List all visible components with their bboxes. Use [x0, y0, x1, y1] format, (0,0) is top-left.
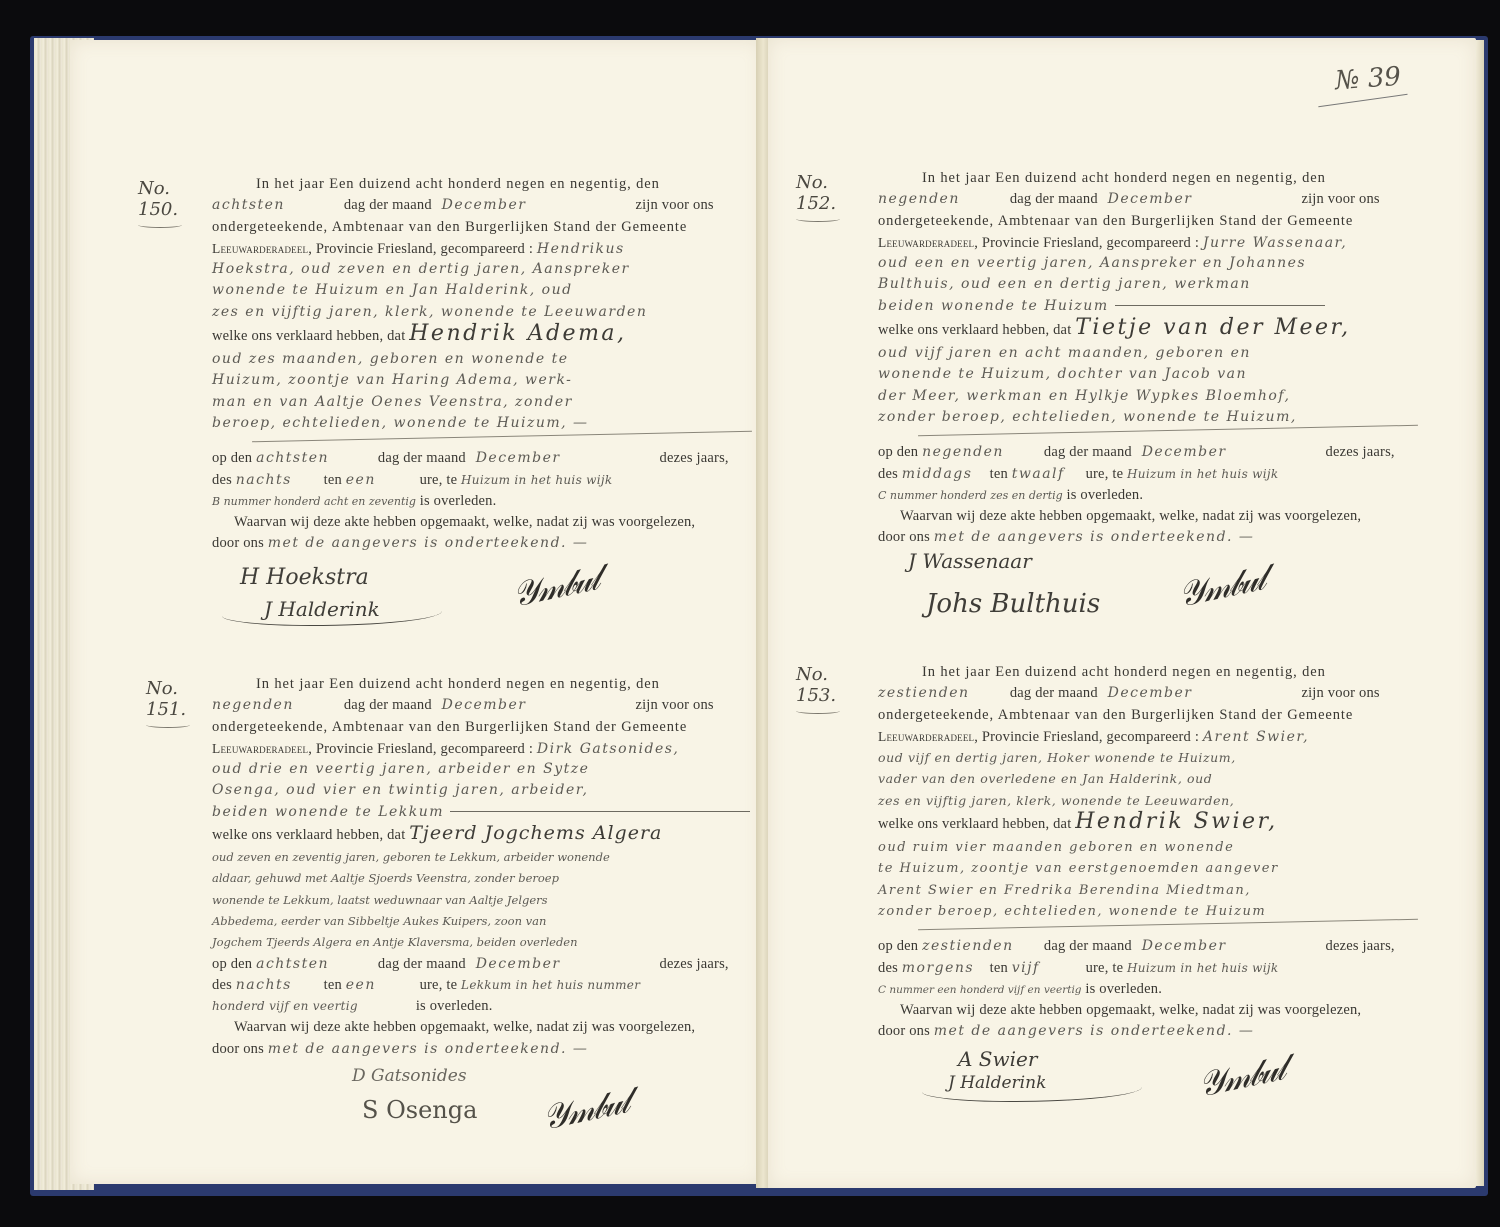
comparant-line: Leeuwarderadeel, Provincie Friesland, ge… [212, 738, 752, 759]
label: dag der maand [1044, 938, 1132, 954]
label: ondergeteekende, Ambtenaar van den Burge… [212, 219, 687, 235]
death-date-line: op den achtsten dag der maand December d… [212, 448, 752, 469]
label: is overleden. [1085, 981, 1162, 997]
place: Lekkum in het huis nummer [461, 978, 640, 992]
details-line: oud ruim vier maanden geboren en wonende [878, 837, 1418, 858]
label: op den [212, 956, 252, 972]
details-line: Abbedema, eerder van Sibbeltje Aukes Kui… [212, 911, 752, 932]
details-line: zonder beroep, echtelieden, wonende te H… [878, 407, 1418, 428]
label: zijn voor ons [1301, 685, 1379, 701]
day-field: negenden [212, 695, 340, 716]
hour: een [346, 470, 416, 491]
details-line: Arent Swier en Fredrika Berendina Miedtm… [878, 880, 1418, 901]
label: des [878, 466, 898, 482]
label: door ons [878, 1023, 930, 1039]
record-150: In het jaar Een duizend acht honderd neg… [212, 174, 752, 645]
closing-text: met de aangevers is onderteekend. — [268, 1041, 589, 1057]
details-line: oud zeven en zeventig jaren, geboren te … [212, 847, 752, 868]
label: zijn voor ons [635, 697, 713, 713]
label: welke ons verklaard hebben, dat [212, 328, 405, 344]
comparant-line: wonende te Huizum en Jan Halderink, oud [212, 280, 752, 301]
death-time-line: des middags ten twaalf ure, te Huizum in… [878, 464, 1418, 485]
label: , Provincie Friesland, gecompareerd : [308, 241, 533, 257]
time-of-day: middags [902, 464, 986, 485]
intro-line: In het jaar Een duizend acht honderd neg… [878, 662, 1418, 683]
date-line: negenden dag der maand December zijn voo… [212, 695, 752, 716]
label: ure, te [420, 472, 458, 488]
place: Huizum in het huis wijk [1127, 961, 1278, 975]
signature: S Osenga [362, 1096, 477, 1124]
page-edge-right [1476, 40, 1484, 1186]
comparant-name: Jurre Wassenaar, [1203, 235, 1347, 251]
death-month: December [476, 448, 656, 469]
label: dezes jaars, [1326, 444, 1395, 460]
comparant-line: Leeuwarderadeel, Provincie Friesland, ge… [878, 232, 1418, 253]
deceased-line: welke ons verklaard hebben, dat Tjeerd J… [212, 823, 752, 847]
place-line: honderd vijf en veertig is overleden. [212, 996, 752, 1017]
hour: een [346, 975, 416, 996]
closing-line: Waarvan wij deze akte hebben opgemaakt, … [878, 506, 1418, 527]
time-of-day: nachts [236, 470, 320, 491]
comparant-line: Leeuwarderadeel, Provincie Friesland, ge… [878, 726, 1418, 747]
place-line: C nummer een honderd vijf en veertig is … [878, 979, 1418, 1000]
ambtenaar-line: ondergeteekende, Ambtenaar van den Burge… [878, 705, 1418, 726]
label: ten [990, 960, 1008, 976]
place-line: B nummer honderd acht en zeventig is ove… [212, 491, 752, 512]
closing-text: met de aangevers is onderteekend. — [934, 1023, 1255, 1039]
details-line: Jogchem Tjeerds Algera en Antje Klaversm… [212, 932, 752, 953]
place: Huizum in het huis wijk [1127, 467, 1278, 481]
label: des [878, 960, 898, 976]
hour: vijf [1012, 958, 1082, 979]
record-number: No. 150. [138, 178, 208, 228]
signatures: H Hoekstra J Halderink 𝒴𝓂𝒷𝓊𝓁 [212, 555, 752, 645]
municipality: Leeuwarderadeel [212, 241, 308, 256]
date-line: zestienden dag der maand December zijn v… [878, 683, 1418, 704]
closing-line: Waarvan wij deze akte hebben opgemaakt, … [212, 512, 752, 533]
folio-number: № 39 [1334, 62, 1402, 97]
label: ure, te [1086, 466, 1124, 482]
label: ondergeteekende, Ambtenaar van den Burge… [878, 213, 1353, 229]
deceased-name: Tjeerd Jogchems Algera [409, 822, 662, 844]
intro-line: In het jaar Een duizend acht honderd neg… [212, 174, 752, 195]
signature: H Hoekstra [240, 565, 369, 590]
record-number-text: No. 151. [146, 678, 186, 720]
municipality: Leeuwarderadeel [878, 235, 974, 250]
details-line: man en van Aaltje Oenes Veenstra, zonder [212, 392, 752, 413]
label: ten [990, 466, 1008, 482]
ambtenaar-line: ondergeteekende, Ambtenaar van den Burge… [212, 217, 752, 238]
label: op den [878, 938, 918, 954]
label: dezes jaars, [1326, 938, 1395, 954]
place: B nummer honderd acht en zeventig [212, 495, 416, 508]
record-number: No. 152. [796, 172, 866, 222]
death-date-line: op den achtsten dag der maand December d… [212, 954, 752, 975]
record-number: No. 151. [146, 678, 216, 728]
details-line: oud zes maanden, geboren en wonende te [212, 349, 752, 370]
label: des [212, 977, 232, 993]
signature-flourish [922, 1077, 1142, 1102]
intro-text: In het jaar Een duizend acht honderd neg… [256, 176, 660, 192]
divider [878, 922, 1418, 932]
death-day: zestienden [922, 936, 1040, 957]
closing-text: met de aangevers is onderteekend. — [934, 529, 1255, 545]
closing-line: door ons met de aangevers is onderteeken… [878, 527, 1418, 548]
record-153: In het jaar Een duizend acht honderd neg… [878, 662, 1418, 1133]
details-line: aldaar, gehuwd met Aaltje Sjoerds Veenst… [212, 868, 752, 889]
death-month: December [1142, 936, 1322, 957]
closing-line: Waarvan wij deze akte hebben opgemaakt, … [212, 1017, 752, 1038]
deceased-name: Hendrik Swier, [1075, 809, 1277, 834]
closing-line: door ons met de aangevers is onderteeken… [212, 533, 752, 554]
signatures: D Gatsonides S Osenga 𝒴𝓂𝒷𝓊𝓁 [212, 1060, 752, 1150]
comparant-line: Osenga, oud vier en twintig jaren, arbei… [212, 780, 752, 801]
ambtenaar-line: ondergeteekende, Ambtenaar van den Burge… [878, 211, 1418, 232]
details-line: wonende te Huizum, dochter van Jacob van [878, 364, 1418, 385]
label: welke ons verklaard hebben, dat [878, 322, 1071, 338]
intro-text: In het jaar Een duizend acht honderd neg… [922, 664, 1326, 680]
details-line: wonende te Lekkum, laatst weduwnaar van … [212, 890, 752, 911]
closing-line: door ons met de aangevers is onderteeken… [878, 1021, 1418, 1042]
label: is overleden. [1067, 487, 1144, 503]
municipality: Leeuwarderadeel [878, 729, 974, 744]
deceased-name: Tietje van der Meer, [1075, 315, 1350, 340]
deceased-line: welke ons verklaard hebben, dat Tietje v… [878, 317, 1418, 343]
month-field: December [1108, 189, 1268, 210]
label: zijn voor ons [1301, 191, 1379, 207]
label: door ons [212, 535, 264, 551]
place-line: C nummer honderd zes en dertig is overle… [878, 485, 1418, 506]
label: ten [324, 472, 342, 488]
comparant-text: beiden wonende te Lekkum [212, 804, 444, 820]
label: door ons [212, 1041, 264, 1057]
label: op den [212, 450, 252, 466]
month-field: December [1108, 683, 1268, 704]
comparant-name: Dirk Gatsonides, [537, 741, 679, 757]
label: dag der maand [378, 450, 466, 466]
label: Waarvan wij deze akte hebben opgemaakt, … [234, 514, 695, 530]
record-152: In het jaar Een duizend acht honderd neg… [878, 168, 1418, 639]
day-field: negenden [878, 189, 1006, 210]
label: ondergeteekende, Ambtenaar van den Burge… [878, 707, 1353, 723]
death-date-line: op den negenden dag der maand December d… [878, 442, 1418, 463]
official-signature: 𝒴𝓂𝒷𝓊𝓁 [1195, 1048, 1287, 1105]
month-field: December [442, 695, 602, 716]
time-of-day: nachts [236, 975, 320, 996]
label: welke ons verklaard hebben, dat [878, 816, 1071, 832]
comparant-line: zes en vijftig jaren, klerk, wonende te … [212, 302, 752, 323]
label: dag der maand [378, 956, 466, 972]
label: ondergeteekende, Ambtenaar van den Burge… [212, 719, 687, 735]
details-line: der Meer, werkman en Hylkje Wypkes Bloem… [878, 386, 1418, 407]
signature: J Wassenaar [908, 549, 1032, 573]
date-line: achtsten dag der maand December zijn voo… [212, 195, 752, 216]
signature: Johs Bulthuis [926, 589, 1100, 619]
label: Waarvan wij deze akte hebben opgemaakt, … [234, 1019, 695, 1035]
intro-line: In het jaar Een duizend acht honderd neg… [212, 674, 752, 695]
hour: twaalf [1012, 464, 1082, 485]
label: ure, te [1086, 960, 1124, 976]
fill-rule [450, 811, 750, 813]
date-line: negenden dag der maand December zijn voo… [878, 189, 1418, 210]
closing-line: door ons met de aangevers is onderteeken… [212, 1039, 752, 1060]
label: , Provincie Friesland, gecompareerd : [974, 235, 1199, 251]
details-line: te Huizum, zoontje van eerstgenoemden aa… [878, 858, 1418, 879]
label: ure, te [420, 977, 458, 993]
official-signature: 𝒴𝓂𝒷𝓊𝓁 [1175, 558, 1267, 615]
signature: A Swier [958, 1047, 1037, 1071]
death-time-line: des nachts ten een ure, te Huizum in het… [212, 470, 752, 491]
comparant-name: Arent Swier, [1203, 729, 1309, 745]
record-number-text: No. 153. [796, 664, 836, 706]
official-signature: 𝒴𝓂𝒷𝓊𝓁 [509, 558, 601, 615]
record-number: No. 153. [796, 664, 866, 714]
label: is overleden. [420, 493, 497, 509]
record-number-text: No. 152. [796, 172, 836, 214]
record-number-text: No. 150. [138, 178, 178, 220]
comparant-line: oud een en veertig jaren, Aanspreker en … [878, 253, 1418, 274]
signatures: A Swier J Halderink 𝒴𝓂𝒷𝓊𝓁 [878, 1043, 1418, 1133]
comparant-line: Hoekstra, oud zeven en dertig jaren, Aan… [212, 259, 752, 280]
deceased-name: Hendrik Adema, [409, 321, 626, 346]
details-line: beroep, echtelieden, wonende te Huizum, … [212, 413, 752, 434]
death-time-line: des morgens ten vijf ure, te Huizum in h… [878, 958, 1418, 979]
comparant-text: beiden wonende te Huizum [878, 298, 1109, 314]
comparant-line: vader van den overledene en Jan Halderin… [878, 768, 1418, 789]
label: ten [324, 977, 342, 993]
death-month: December [476, 954, 656, 975]
intro-text: In het jaar Een duizend acht honderd neg… [922, 170, 1326, 186]
day-field: achtsten [212, 195, 340, 216]
divider [212, 434, 752, 444]
deceased-line: welke ons verklaard hebben, dat Hendrik … [212, 323, 752, 349]
label: welke ons verklaard hebben, dat [212, 827, 405, 843]
label: , Provincie Friesland, gecompareerd : [974, 729, 1199, 745]
signatures: J Wassenaar Johs Bulthuis 𝒴𝓂𝒷𝓊𝓁 [878, 549, 1418, 639]
place: C nummer een honderd vijf en veertig [878, 984, 1082, 996]
label: is overleden. [416, 998, 493, 1014]
closing-line: Waarvan wij deze akte hebben opgemaakt, … [878, 1000, 1418, 1021]
comparant-name: Hendrikus [537, 241, 625, 257]
fill-rule [1115, 305, 1325, 307]
intro-text: In het jaar Een duizend acht honderd neg… [256, 676, 660, 692]
label: Waarvan wij deze akte hebben opgemaakt, … [900, 508, 1361, 524]
comparant-line: Bulthuis, oud een en dertig jaren, werkm… [878, 274, 1418, 295]
comparant-line: zes en vijftig jaren, klerk, wonende te … [878, 790, 1418, 811]
label: dag der maand [1010, 685, 1098, 701]
death-date-line: op den zestienden dag der maand December… [878, 936, 1418, 957]
closing-text: met de aangevers is onderteekend. — [268, 535, 589, 551]
signature-flourish [222, 601, 442, 626]
place: honderd vijf en veertig [212, 996, 412, 1017]
official-signature: 𝒴𝓂𝒷𝓊𝓁 [539, 1082, 631, 1139]
comparant-line: beiden wonende te Huizum [878, 296, 1418, 317]
day-field: zestienden [878, 683, 1006, 704]
label: des [212, 472, 232, 488]
place: C nummer honderd zes en dertig [878, 489, 1063, 502]
comparant-line: beiden wonende te Lekkum [212, 802, 752, 823]
comparant-line: Leeuwarderadeel, Provincie Friesland, ge… [212, 238, 752, 259]
label: dag der maand [1010, 191, 1098, 207]
label: dag der maand [344, 697, 432, 713]
details-line: zonder beroep, echtelieden, wonende te H… [878, 901, 1418, 922]
month-field: December [442, 195, 602, 216]
intro-line: In het jaar Een duizend acht honderd neg… [878, 168, 1418, 189]
death-day: achtsten [256, 954, 374, 975]
label: dag der maand [344, 197, 432, 213]
details-line: oud vijf jaren en acht maanden, geboren … [878, 343, 1418, 364]
divider [878, 428, 1418, 438]
label: dag der maand [1044, 444, 1132, 460]
record-151: In het jaar Een duizend acht honderd neg… [212, 674, 752, 1150]
municipality: Leeuwarderadeel [212, 741, 308, 756]
deceased-line: welke ons verklaard hebben, dat Hendrik … [878, 811, 1418, 837]
comparant-line: oud drie en veertig jaren, arbeider en S… [212, 759, 752, 780]
label: op den [878, 444, 918, 460]
comparant-line: oud vijf en dertig jaren, Hoker wonende … [878, 747, 1418, 768]
details-line: Huizum, zoontje van Haring Adema, werk- [212, 370, 752, 391]
label: dezes jaars, [660, 956, 729, 972]
label: zijn voor ons [635, 197, 713, 213]
ambtenaar-line: ondergeteekende, Ambtenaar van den Burge… [212, 717, 752, 738]
death-day: achtsten [256, 448, 374, 469]
death-time-line: des nachts ten een ure, te Lekkum in het… [212, 975, 752, 996]
label: , Provincie Friesland, gecompareerd : [308, 741, 533, 757]
label: dezes jaars, [660, 450, 729, 466]
label: Waarvan wij deze akte hebben opgemaakt, … [900, 1002, 1361, 1018]
death-day: negenden [922, 442, 1040, 463]
place: Huizum in het huis wijk [461, 473, 612, 487]
death-month: December [1142, 442, 1322, 463]
time-of-day: morgens [902, 958, 986, 979]
signature: D Gatsonides [352, 1066, 467, 1086]
label: door ons [878, 529, 930, 545]
